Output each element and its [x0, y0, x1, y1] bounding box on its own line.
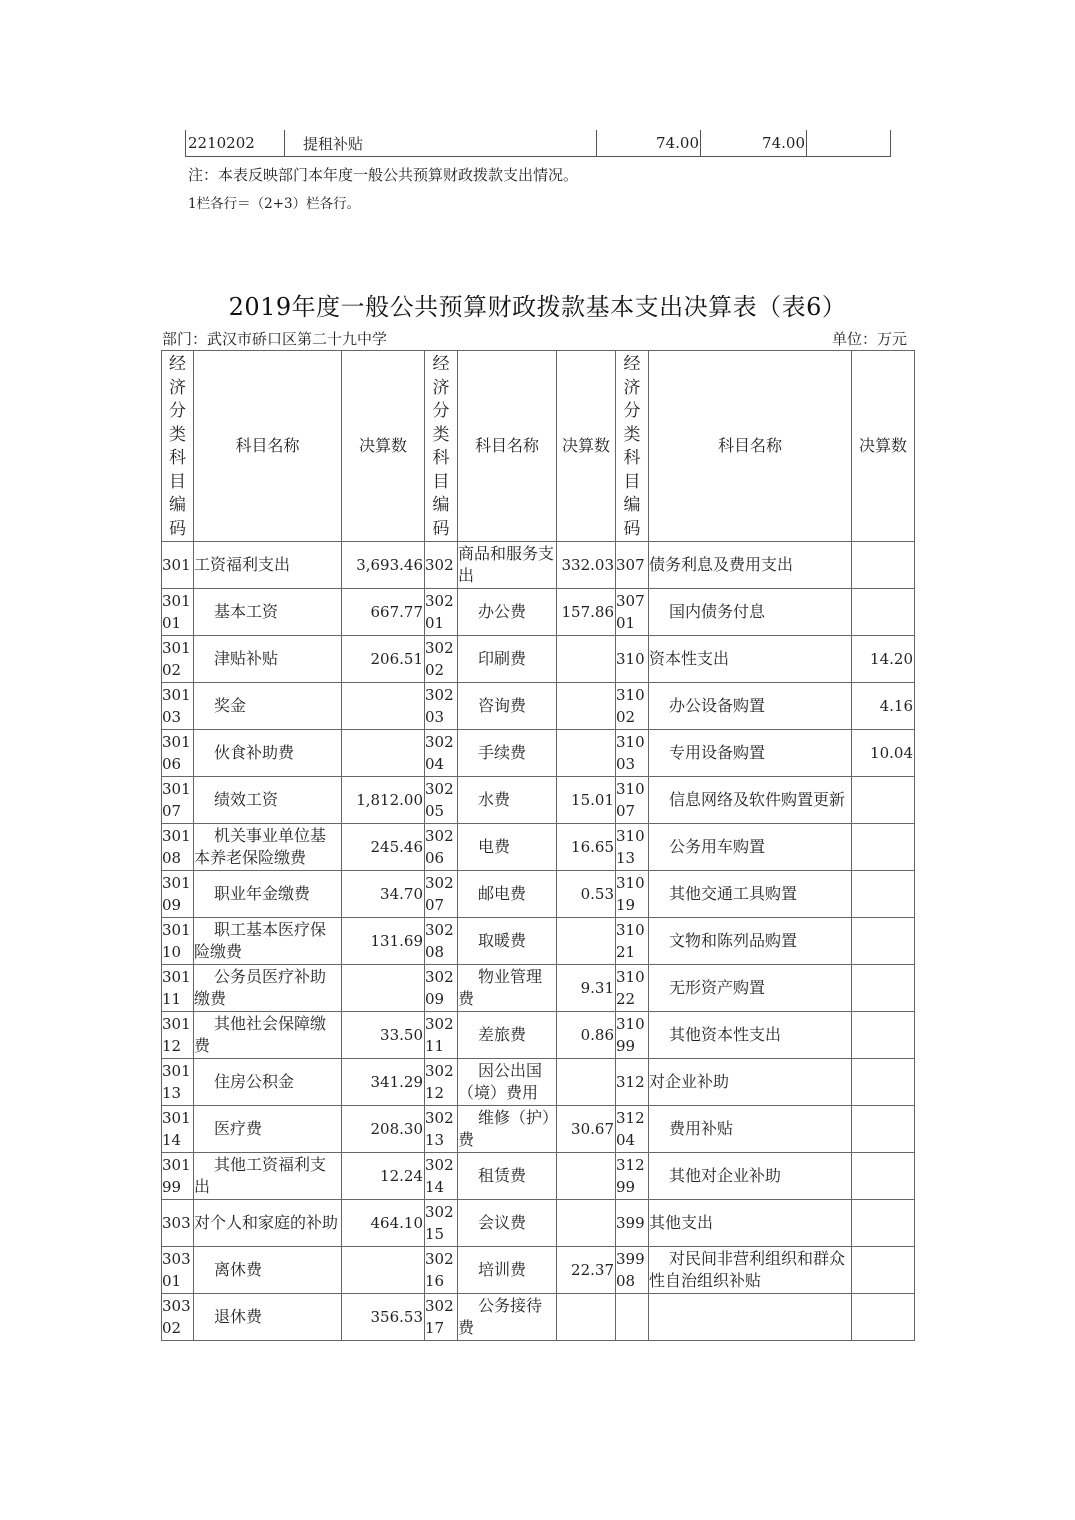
subject-code: 31021: [616, 918, 649, 965]
subject-name: 公务用车购置: [649, 824, 852, 871]
subject-name: 住房公积金: [194, 1059, 342, 1106]
table-row: 30108机关事业单位基本养老保险缴费245.4630206电费16.65310…: [162, 824, 915, 871]
amount: 356.53: [342, 1294, 425, 1341]
amount: [852, 1059, 915, 1106]
amount: 10.04: [852, 730, 915, 777]
subject-code: [616, 1294, 649, 1341]
table-row: 303对个人和家庭的补助464.1030215会议费399其他支出: [162, 1200, 915, 1247]
subject-name: 机关事业单位基本养老保险缴费: [194, 824, 342, 871]
subject-code: 399: [616, 1200, 649, 1247]
table-row: 30102津贴补贴206.5130202印刷费310资本性支出14.20: [162, 636, 915, 683]
amount: 341.29: [342, 1059, 425, 1106]
amount: [557, 1200, 616, 1247]
subject-code: 30214: [425, 1153, 458, 1200]
subject-code: 30212: [425, 1059, 458, 1106]
amount: [342, 1247, 425, 1294]
subject-name: 取暖费: [458, 918, 557, 965]
subject-name: 医疗费: [194, 1106, 342, 1153]
amount: 157.86: [557, 589, 616, 636]
subject-name: 会议费: [458, 1200, 557, 1247]
total-amount: 74.00: [597, 130, 701, 157]
amount: [557, 1294, 616, 1341]
subject-code: 30205: [425, 777, 458, 824]
amount: [852, 1294, 915, 1341]
amount: 464.10: [342, 1200, 425, 1247]
subject-code: 31022: [616, 965, 649, 1012]
subject-code: 30108: [162, 824, 194, 871]
subject-code: 30101: [162, 589, 194, 636]
subject-name: 债务利息及费用支出: [649, 542, 852, 589]
subject-name: 公务接待费: [458, 1294, 557, 1341]
subject-name: 奖金: [194, 683, 342, 730]
subject-code: 30202: [425, 636, 458, 683]
amount: 0.53: [557, 871, 616, 918]
subject-code: 31007: [616, 777, 649, 824]
amount: 14.20: [852, 636, 915, 683]
subject-code: 302: [425, 542, 458, 589]
table-row: 301工资福利支出3,693.46302商品和服务支出332.03307债务利息…: [162, 542, 915, 589]
amount: [557, 1153, 616, 1200]
subject-code: 31099: [616, 1012, 649, 1059]
amount: [852, 1200, 915, 1247]
amount: [852, 918, 915, 965]
amount: [342, 683, 425, 730]
amount: [852, 542, 915, 589]
subject-code: 31019: [616, 871, 649, 918]
subject-name: 手续费: [458, 730, 557, 777]
subject-name: 印刷费: [458, 636, 557, 683]
amount: 245.46: [342, 824, 425, 871]
subject-name: 资本性支出: [649, 636, 852, 683]
subject-code: 30103: [162, 683, 194, 730]
subject-name: 其他社会保障缴费: [194, 1012, 342, 1059]
subject-code: 31013: [616, 824, 649, 871]
header-name: 科目名称: [194, 351, 342, 542]
unit-label: 单位：万元: [832, 328, 907, 349]
subject-code: 30216: [425, 1247, 458, 1294]
amount: [342, 730, 425, 777]
table-note-formula: 1栏各行＝（2+3）栏各行。: [188, 192, 360, 212]
table-row: 30111公务员医疗补助缴费30209物业管理费9.3131022无形资产购置: [162, 965, 915, 1012]
subject-code: 30301: [162, 1247, 194, 1294]
amount: 131.69: [342, 918, 425, 965]
subject-name: 专用设备购置: [649, 730, 852, 777]
amount: [852, 1012, 915, 1059]
amount: [852, 589, 915, 636]
header-name: 科目名称: [649, 351, 852, 542]
subject-code: 301: [162, 542, 194, 589]
subject-code: 30114: [162, 1106, 194, 1153]
subject-name: 文物和陈列品购置: [649, 918, 852, 965]
subject-name: [649, 1294, 852, 1341]
subject-name: 因公出国（境）费用: [458, 1059, 557, 1106]
table-row: 30112其他社会保障缴费33.5030211差旅费0.8631099其他资本性…: [162, 1012, 915, 1059]
amount: 16.65: [557, 824, 616, 871]
header-amount: 决算数: [557, 351, 616, 542]
subject-name: 无形资产购置: [649, 965, 852, 1012]
subject-code: 30211: [425, 1012, 458, 1059]
subject-code: 30207: [425, 871, 458, 918]
subject-code: 30111: [162, 965, 194, 1012]
subject-name: 咨询费: [458, 683, 557, 730]
amount: [557, 636, 616, 683]
table-row: 2210202 提租补贴 74.00 74.00: [186, 130, 891, 157]
header-amount: 决算数: [342, 351, 425, 542]
amount: 1,812.00: [342, 777, 425, 824]
subject-name: 国内债务付息: [649, 589, 852, 636]
subject-name: 工资福利支出: [194, 542, 342, 589]
subject-name: 对个人和家庭的补助: [194, 1200, 342, 1247]
subject-name: 其他支出: [649, 1200, 852, 1247]
amount: [852, 777, 915, 824]
subject-name: 电费: [458, 824, 557, 871]
subject-code: 30203: [425, 683, 458, 730]
amount: [852, 1106, 915, 1153]
previous-table-fragment: 2210202 提租补贴 74.00 74.00: [185, 130, 891, 157]
subject-name: 水费: [458, 777, 557, 824]
subject-code: 31299: [616, 1153, 649, 1200]
amount: 33.50: [342, 1012, 425, 1059]
amount: 3,693.46: [342, 542, 425, 589]
subject-name: 办公费: [458, 589, 557, 636]
amount: 206.51: [342, 636, 425, 683]
project-amount: [807, 130, 891, 157]
subject-code: 2210202: [186, 130, 285, 157]
header-name: 科目名称: [458, 351, 557, 542]
amount: [852, 965, 915, 1012]
subject-code: 310: [616, 636, 649, 683]
amount: 34.70: [342, 871, 425, 918]
subject-code: 30112: [162, 1012, 194, 1059]
subject-name: 基本工资: [194, 589, 342, 636]
subject-code: 30113: [162, 1059, 194, 1106]
subject-code: 30102: [162, 636, 194, 683]
subject-name: 职工基本医疗保险缴费: [194, 918, 342, 965]
header-code: 经济分类科目编码: [425, 351, 458, 542]
amount: 22.37: [557, 1247, 616, 1294]
subject-name: 其他交通工具购置: [649, 871, 852, 918]
subject-name: 对民间非营利组织和群众性自治组织补贴: [649, 1247, 852, 1294]
amount: [557, 1059, 616, 1106]
subject-name: 费用补贴: [649, 1106, 852, 1153]
table-row: 30101基本工资667.7730201办公费157.8630701国内债务付息: [162, 589, 915, 636]
table-row: 30302退休费356.5330217公务接待费: [162, 1294, 915, 1341]
subject-name: 绩效工资: [194, 777, 342, 824]
subject-code: 30107: [162, 777, 194, 824]
subject-name: 公务员医疗补助缴费: [194, 965, 342, 1012]
subject-name: 培训费: [458, 1247, 557, 1294]
amount: 0.86: [557, 1012, 616, 1059]
table-note: 注：本表反映部门本年度一般公共预算财政拨款支出情况。: [188, 164, 578, 185]
amount: 332.03: [557, 542, 616, 589]
amount: [557, 918, 616, 965]
subject-name: 离休费: [194, 1247, 342, 1294]
amount: 9.31: [557, 965, 616, 1012]
subject-name: 提租补贴: [285, 130, 597, 157]
amount: 30.67: [557, 1106, 616, 1153]
amount: [342, 965, 425, 1012]
amount: 15.01: [557, 777, 616, 824]
subject-code: 30217: [425, 1294, 458, 1341]
table-row: 30103奖金30203咨询费31002办公设备购置4.16: [162, 683, 915, 730]
page-title: 2019年度一般公共预算财政拨款基本支出决算表（表6）: [0, 287, 1075, 322]
amount: 12.24: [342, 1153, 425, 1200]
subject-code: 31204: [616, 1106, 649, 1153]
table-row: 30106伙食补助费30204手续费31003专用设备购置10.04: [162, 730, 915, 777]
expenditure-table: 经济分类科目编码 科目名称 决算数 经济分类科目编码 科目名称 决算数 经济分类…: [161, 350, 915, 1341]
table-row: 30114医疗费208.3030213维修（护）费30.6731204费用补贴: [162, 1106, 915, 1153]
table-row: 30110职工基本医疗保险缴费131.6930208取暖费31021文物和陈列品…: [162, 918, 915, 965]
subject-name: 租赁费: [458, 1153, 557, 1200]
subject-name: 其他资本性支出: [649, 1012, 852, 1059]
header-code: 经济分类科目编码: [162, 351, 194, 542]
subject-name: 退休费: [194, 1294, 342, 1341]
subject-name: 伙食补助费: [194, 730, 342, 777]
table-row: 30109职业年金缴费34.7030207邮电费0.5331019其他交通工具购…: [162, 871, 915, 918]
subject-code: 30208: [425, 918, 458, 965]
subject-code: 30206: [425, 824, 458, 871]
subject-code: 30109: [162, 871, 194, 918]
table-row: 30199其他工资福利支出12.2430214租赁费31299其他对企业补助: [162, 1153, 915, 1200]
header-code: 经济分类科目编码: [616, 351, 649, 542]
amount: 208.30: [342, 1106, 425, 1153]
table-row: 30301离休费30216培训费22.3739908对民间非营利组织和群众性自治…: [162, 1247, 915, 1294]
subject-code: 30199: [162, 1153, 194, 1200]
subject-code: 303: [162, 1200, 194, 1247]
table-row: 30113住房公积金341.2930212因公出国（境）费用312对企业补助: [162, 1059, 915, 1106]
subject-code: 30209: [425, 965, 458, 1012]
amount: [852, 824, 915, 871]
amount: [852, 871, 915, 918]
subject-name: 其他工资福利支出: [194, 1153, 342, 1200]
subject-code: 31002: [616, 683, 649, 730]
header-row: 经济分类科目编码 科目名称 决算数 经济分类科目编码 科目名称 决算数 经济分类…: [162, 351, 915, 542]
subject-name: 差旅费: [458, 1012, 557, 1059]
table-row: 30107绩效工资1,812.0030205水费15.0131007信息网络及软…: [162, 777, 915, 824]
subject-name: 物业管理费: [458, 965, 557, 1012]
subject-name: 其他对企业补助: [649, 1153, 852, 1200]
subject-code: 30701: [616, 589, 649, 636]
subject-name: 信息网络及软件购置更新: [649, 777, 852, 824]
amount: [557, 683, 616, 730]
subject-name: 对企业补助: [649, 1059, 852, 1106]
subject-code: 31003: [616, 730, 649, 777]
amount: 4.16: [852, 683, 915, 730]
subject-name: 津贴补贴: [194, 636, 342, 683]
subject-name: 商品和服务支出: [458, 542, 557, 589]
subject-code: 30302: [162, 1294, 194, 1341]
amount: 667.77: [342, 589, 425, 636]
basic-amount: 74.00: [701, 130, 807, 157]
header-amount: 决算数: [852, 351, 915, 542]
department-label: 部门：武汉市硚口区第二十九中学: [162, 328, 387, 349]
subject-code: 39908: [616, 1247, 649, 1294]
subject-name: 办公设备购置: [649, 683, 852, 730]
subject-code: 312: [616, 1059, 649, 1106]
amount: [852, 1247, 915, 1294]
subject-code: 307: [616, 542, 649, 589]
amount: [852, 1153, 915, 1200]
subject-code: 30106: [162, 730, 194, 777]
subject-code: 30213: [425, 1106, 458, 1153]
subject-code: 30215: [425, 1200, 458, 1247]
subject-code: 30201: [425, 589, 458, 636]
subject-name: 维修（护）费: [458, 1106, 557, 1153]
subject-name: 邮电费: [458, 871, 557, 918]
subject-code: 30204: [425, 730, 458, 777]
subject-code: 30110: [162, 918, 194, 965]
subject-name: 职业年金缴费: [194, 871, 342, 918]
amount: [557, 730, 616, 777]
